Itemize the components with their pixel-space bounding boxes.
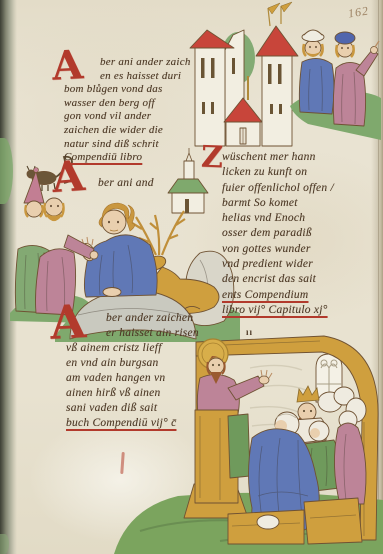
quire-mark: ıı [246, 327, 253, 337]
text-line: sani vaden diß sait [66, 401, 199, 416]
text-line: buch Compendiū vij° c̄ [66, 416, 199, 431]
text-line: vnd predient wider [222, 257, 334, 272]
text-line: zaichen die wider die [64, 124, 191, 138]
text-line: den encrist das sait [222, 272, 334, 287]
text-line: ents Compendium [222, 288, 334, 303]
text-line: licken zu kunft on [222, 165, 334, 180]
text-block-2: ber ani and [64, 176, 154, 190]
text-line: wüschent mer hann [222, 150, 334, 165]
text-line: ainen hirß vß ainen [66, 386, 199, 401]
listener-in-mauve [334, 411, 366, 504]
text-line: ber ander zaichen [66, 311, 199, 326]
text-line: barmt So komet [222, 196, 334, 211]
text-block-4: ber ander zaichener haisset ain risenvß … [66, 311, 199, 431]
text-line: ber ani ander zaich [64, 56, 191, 70]
text-line: en vnd ain burgsan [66, 356, 199, 371]
church-illustration [186, 0, 300, 152]
text-line: gon vond vil ander [64, 110, 191, 124]
text-line: fuier offenlichol offen / [222, 181, 334, 196]
text-line: vß ainem cristz lieff [66, 341, 199, 356]
text-line: natur sind diß schrit [64, 138, 191, 152]
text-line: er haisset ain risen [66, 326, 199, 341]
text-block-3: wüschent mer hannlicken zu kunft onfuier… [222, 150, 334, 318]
text-block-1: ber ani ander zaichen es haisset duribom… [64, 56, 191, 165]
text-line: wasser den berg off [64, 97, 191, 111]
text-line: libro vij° Capitulo xj° [222, 303, 334, 318]
manuscript-page: 162 [0, 0, 383, 554]
text-line: am vaden hangen vn [66, 371, 199, 386]
text-line: bom blůgen vond das [64, 83, 191, 97]
gutter-paint-blob-small [0, 534, 9, 554]
rubric-initial-b3: Z [201, 146, 224, 171]
text-line: osser dem paradiß [222, 226, 334, 241]
text-line: helias vnd Enoch [222, 211, 334, 226]
man-in-blue [299, 30, 334, 114]
text-line: ber ani and [64, 176, 154, 190]
text-line: en es haisset duri [64, 70, 191, 84]
text-line: von gottes wunder [222, 242, 334, 257]
onlookers-illustration [288, 14, 383, 140]
